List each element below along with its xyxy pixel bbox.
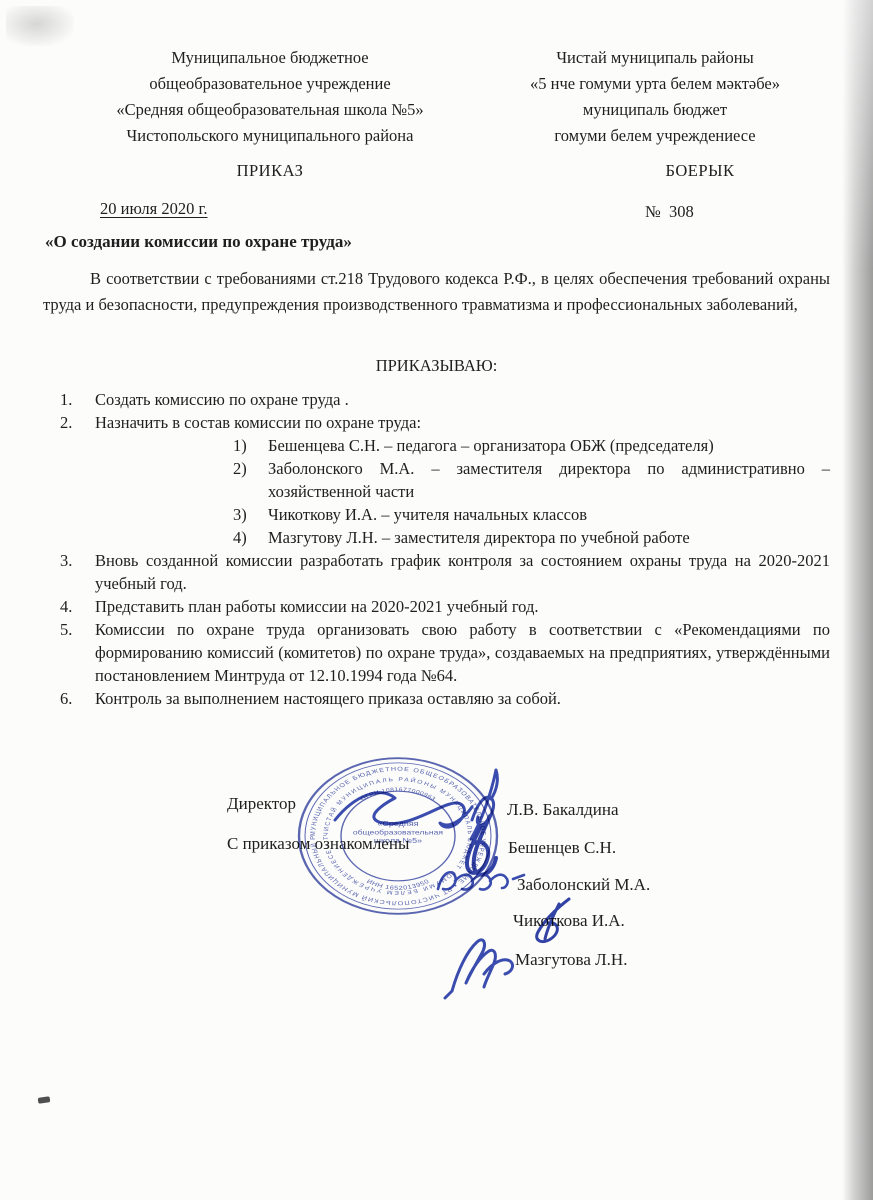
signature-zabolonsky — [438, 872, 524, 889]
item-number: 5. — [60, 618, 95, 641]
item-number: 2) — [233, 457, 268, 480]
item-text: Чикоткову И.А. – учителя начальных класс… — [268, 503, 830, 526]
order-item-5: 5. Комиссии по охране труда организовать… — [60, 618, 830, 687]
org-line: гомуми белем учреждениесе — [460, 123, 850, 149]
org-line: «5 нче гомуми урта белем мәктәбе» — [460, 71, 850, 97]
item-text: Заболонского М.А. – заместителя директор… — [268, 457, 830, 503]
org-line: Чистопольского муниципального района — [60, 123, 480, 149]
sub-item-2: 2) Заболонского М.А. – заместителя дирек… — [233, 457, 830, 503]
org-name-tatar: Чистай муниципаль районы «5 нче гомуми у… — [460, 45, 850, 149]
item-number: 4. — [60, 595, 95, 618]
item-text: Создать комиссию по охране труда . — [95, 388, 830, 411]
order-item-2: 2. Назначить в состав комиссии по охране… — [60, 411, 830, 434]
order-item-6: 6. Контроль за выполнением настоящего пр… — [60, 687, 830, 710]
item-number: 6. — [60, 687, 95, 710]
intro-paragraph: В соответствии с требованиями ст.218 Тру… — [43, 266, 830, 318]
sub-item-1: 1) Бешенцева С.Н. – педагога – организат… — [233, 434, 830, 457]
org-line: Муниципальное бюджетное — [60, 45, 480, 71]
scan-ink-mark — [38, 1096, 51, 1104]
order-number: № 308 — [645, 199, 694, 225]
item-text: Бешенцева С.Н. – педагога – организатора… — [268, 434, 830, 457]
order-item-3: 3. Вновь созданной комиссии разработать … — [60, 549, 830, 595]
order-items-list: 1. Создать комиссию по охране труда . 2.… — [60, 388, 830, 710]
document-title: «О создании комиссии по охране труда» — [45, 232, 352, 252]
order-date: 20 июля 2020 г. — [100, 196, 207, 222]
item-text: Представить план работы комиссии на 2020… — [95, 595, 830, 618]
order-item-1: 1. Создать комиссию по охране труда . — [60, 388, 830, 411]
item-number: 2. — [60, 411, 95, 434]
item-number: 1. — [60, 388, 95, 411]
resolve-word: ПРИКАЗЫВАЮ: — [0, 353, 873, 379]
item-text: Вновь созданной комиссии разработать гра… — [95, 549, 830, 595]
director-label: Директор — [227, 794, 296, 814]
item-text: Мазгутову Л.Н. – заместителя директора п… — [268, 526, 830, 549]
signature-bakaldina — [335, 770, 497, 839]
item-number: 4) — [233, 526, 268, 549]
org-line: «Средняя общеобразовательная школа №5» — [60, 97, 480, 123]
item-text: Назначить в состав комиссии по охране тр… — [95, 411, 830, 434]
handwritten-signatures-overlay — [300, 760, 640, 1010]
org-line: Чистай муниципаль районы — [460, 45, 850, 71]
org-line: общеобразовательное учреждение — [60, 71, 480, 97]
item-number: 1) — [233, 434, 268, 457]
order-item-4: 4. Представить план работы комиссии на 2… — [60, 595, 830, 618]
item-text: Контроль за выполнением настоящего прика… — [95, 687, 830, 710]
order-word-tatar: БОЕРЫК — [560, 158, 840, 184]
item-number: 3) — [233, 503, 268, 526]
sub-item-3: 3) Чикоткову И.А. – учителя начальных кл… — [233, 503, 830, 526]
signature-chikotkova — [537, 899, 569, 942]
signature-beshentsev — [467, 816, 496, 875]
item-text: Комиссии по охране труда организовать св… — [95, 618, 830, 687]
org-line: муниципаль бюджет — [460, 97, 850, 123]
scan-smudge — [6, 6, 74, 46]
org-name-russian: Муниципальное бюджетное общеобразователь… — [60, 45, 480, 149]
sub-item-4: 4) Мазгутову Л.Н. – заместителя директор… — [233, 526, 830, 549]
commission-members-sublist: 1) Бешенцева С.Н. – педагога – организат… — [233, 434, 830, 549]
order-word-ru: ПРИКАЗ — [60, 158, 480, 184]
item-number: 3. — [60, 549, 95, 572]
signature-mazgutova — [445, 940, 512, 998]
